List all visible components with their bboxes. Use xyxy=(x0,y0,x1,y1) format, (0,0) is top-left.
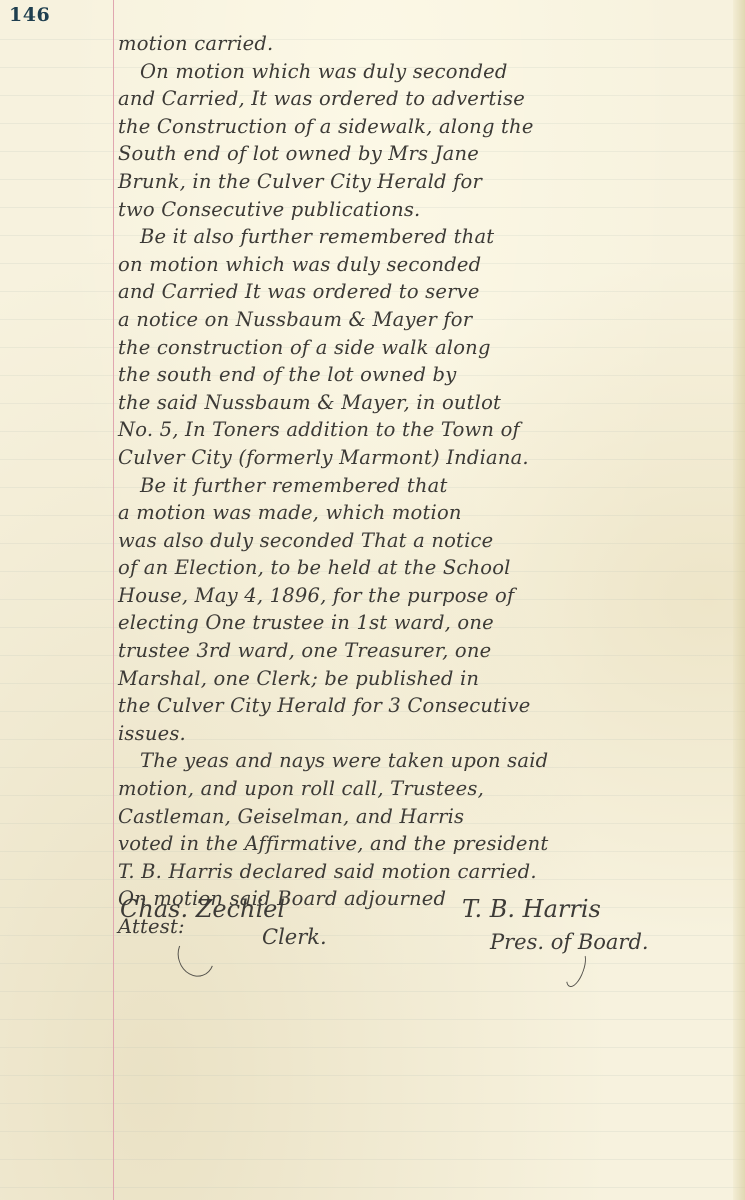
text-line: On motion said Board adjourned xyxy=(118,885,733,913)
text-line: Be it further remembered that xyxy=(118,472,733,500)
text-line: House, May 4, 1896, for the purpose of xyxy=(118,582,733,610)
text-line: No. 5, In Toners addition to the Town of xyxy=(118,416,733,444)
text-line: issues. xyxy=(118,720,733,748)
text-line: Castleman, Geiselman, and Harris xyxy=(118,803,733,831)
text-line: a motion was made, which motion xyxy=(118,499,733,527)
page-edge-shadow xyxy=(733,0,745,1200)
text-line: on motion which was duly seconded xyxy=(118,251,733,279)
text-line: the Construction of a sidewalk, along th… xyxy=(118,113,733,141)
text-line: was also duly seconded That a notice xyxy=(118,527,733,555)
text-line: the south end of the lot owned by xyxy=(118,361,733,389)
text-line: of an Election, to be held at the School xyxy=(118,554,733,582)
margin-line xyxy=(113,0,114,1200)
text-line: voted in the Affirmative, and the presid… xyxy=(118,830,733,858)
text-line: Be it also further remembered that xyxy=(118,223,733,251)
text-line: and Carried It was ordered to serve xyxy=(118,278,733,306)
page-number: 146 xyxy=(9,4,50,26)
text-line: Attest: xyxy=(118,913,733,941)
text-line: the Culver City Herald for 3 Consecutive xyxy=(118,692,733,720)
ledger-page: 146 motion carried. On motion which was … xyxy=(0,0,745,1200)
text-line: a notice on Nussbaum & Mayer for xyxy=(118,306,733,334)
text-line: two Consecutive publications. xyxy=(118,196,733,224)
text-line: the said Nussbaum & Mayer, in outlot xyxy=(118,389,733,417)
text-line: Culver City (formerly Marmont) Indiana. xyxy=(118,444,733,472)
minutes-text: motion carried. On motion which was duly… xyxy=(118,30,733,941)
text-line: motion, and upon roll call, Trustees, xyxy=(118,775,733,803)
text-line: The yeas and nays were taken upon said xyxy=(118,747,733,775)
text-line: and Carried, It was ordered to advertise xyxy=(118,85,733,113)
text-line: T. B. Harris declared said motion carrie… xyxy=(118,858,733,886)
text-line: electing One trustee in 1st ward, one xyxy=(118,609,733,637)
text-line: South end of lot owned by Mrs Jane xyxy=(118,140,733,168)
text-line: Brunk, in the Culver City Herald for xyxy=(118,168,733,196)
text-line: the construction of a side walk along xyxy=(118,334,733,362)
text-line: Marshal, one Clerk; be published in xyxy=(118,665,733,693)
text-line: On motion which was duly seconded xyxy=(118,58,733,86)
text-line: motion carried. xyxy=(118,30,733,58)
text-line: trustee 3rd ward, one Treasurer, one xyxy=(118,637,733,665)
